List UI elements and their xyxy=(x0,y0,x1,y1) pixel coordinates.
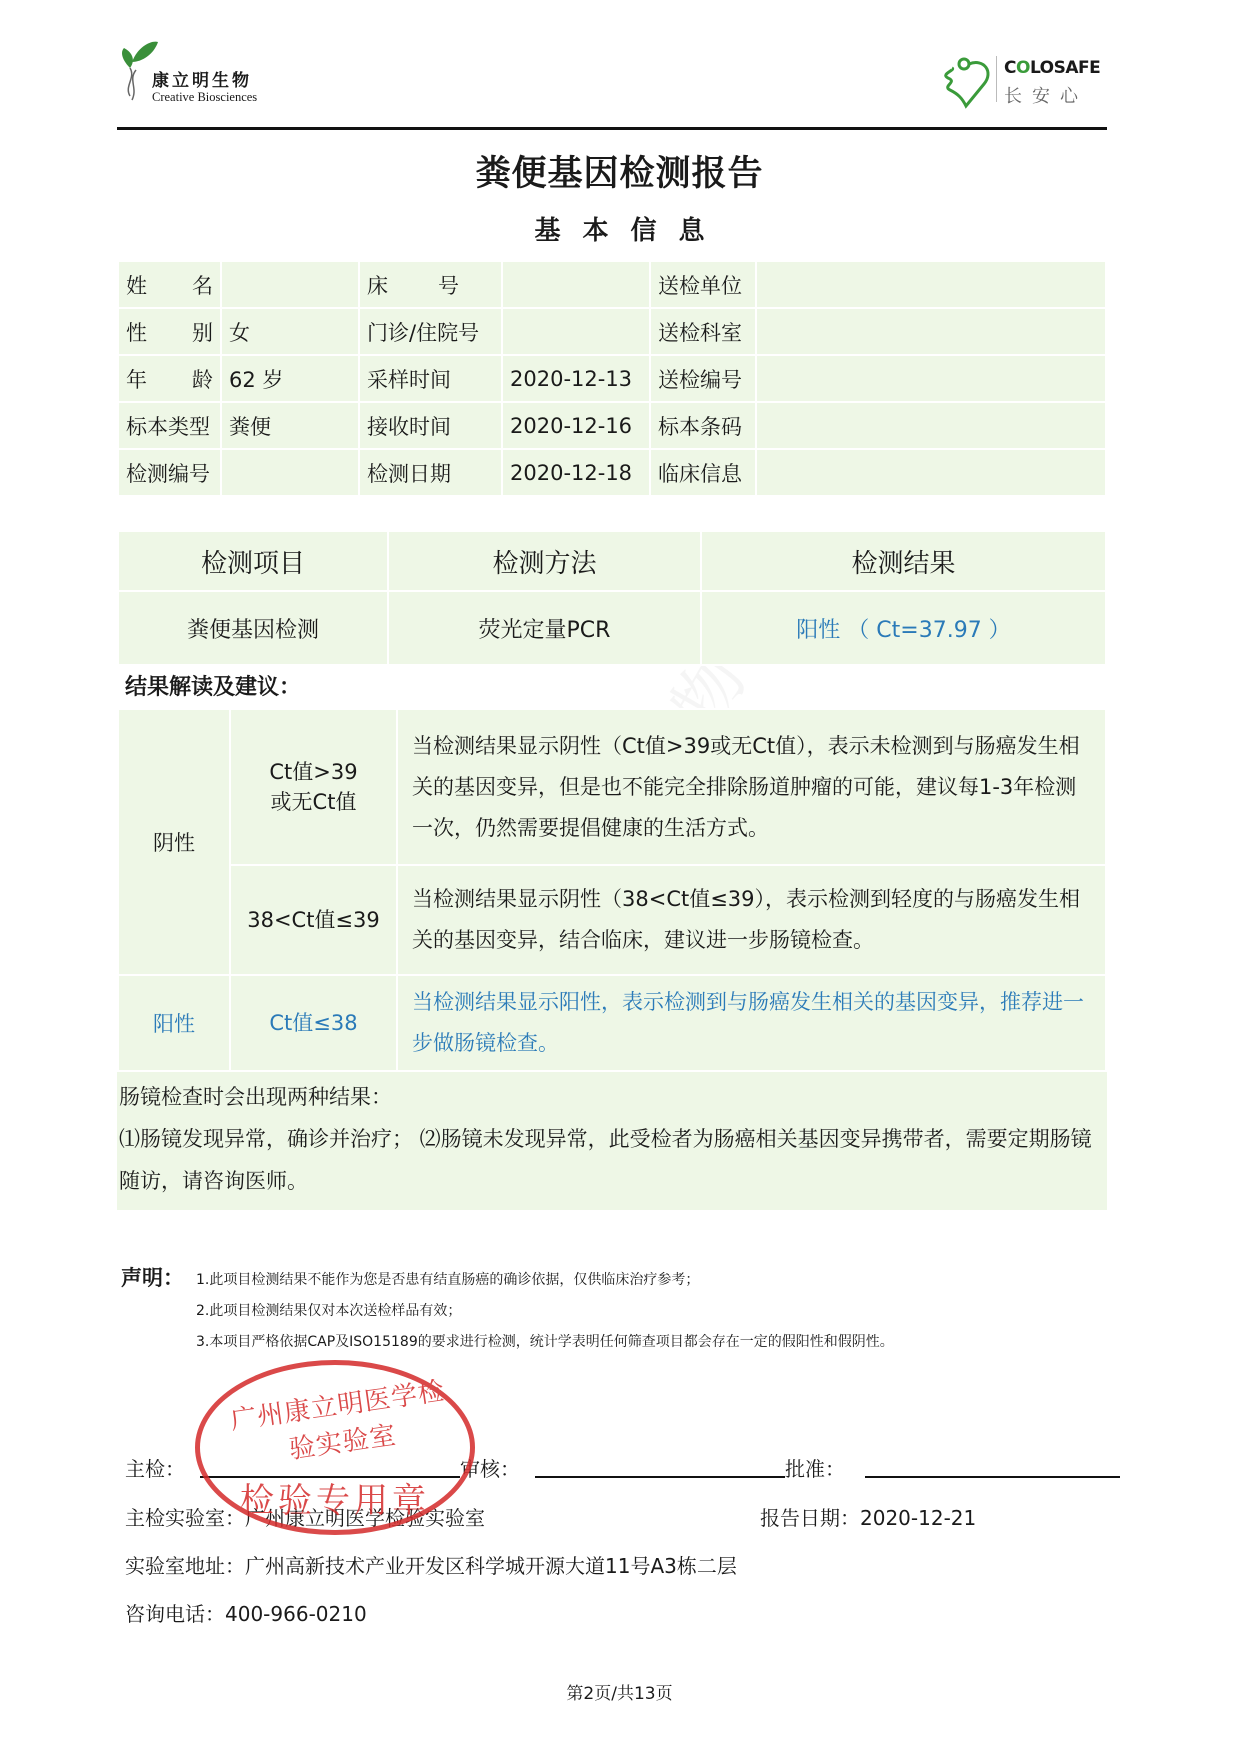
sample-barcode-value xyxy=(756,402,1106,449)
header-test-result: 检测结果 xyxy=(701,531,1106,591)
receive-time-label: 接收时间 xyxy=(359,402,502,449)
main-inspector-label: 主检： xyxy=(125,1453,185,1482)
receive-time-value: 2020-12-16 xyxy=(502,402,650,449)
interpretation-table: 阴性 Ct值>39 或无Ct值 当检测结果显示阴性（Ct值>39或无Ct值），表… xyxy=(117,708,1107,1072)
desc-ct-gt-39: 当检测结果显示阴性（Ct值>39或无Ct值），表示未检测到与肠癌发生相关的基因变… xyxy=(397,709,1106,865)
disclaimer-item-3: 3.本项目严格依据CAP及ISO15189的要求进行检测，统计学表明任何筛查项目… xyxy=(196,1331,894,1351)
negative-category: 阴性 xyxy=(118,709,230,975)
department-label: 送检科室 xyxy=(650,308,756,355)
interp-row-positive: 阳性 Ct值≤38 当检测结果显示阳性，表示检测到与肠癌发生相关的基因变异，推荐… xyxy=(118,975,1106,1071)
outpatient-number-label: 门诊/住院号 xyxy=(359,308,502,355)
report-date-line: 报告日期：2020-12-21 xyxy=(760,1502,976,1531)
disclaimer-item-2: 2.此项目检测结果仅对本次送检样品有效； xyxy=(196,1300,461,1320)
test-item-value: 粪便基因检测 xyxy=(118,591,388,665)
company-name-cn: 康立明生物 xyxy=(152,66,252,91)
result-row: 粪便基因检测 荧光定量PCR 阳性 （ Ct=37.97 ） xyxy=(118,591,1106,665)
info-row-name: 姓名 床号 送检单位 xyxy=(118,261,1106,308)
info-row-sample-type: 标本类型 粪便 接收时间 2020-12-16 标本条码 xyxy=(118,402,1106,449)
colonoscopy-text: ⑴肠镜发现异常，确诊并治疗； ⑵肠镜未发现异常，此受检者为肠癌相关基因变异携带者… xyxy=(119,1118,1105,1202)
colonoscopy-title: 肠镜检查时会出现两种结果： xyxy=(119,1076,1105,1118)
department-value xyxy=(756,308,1106,355)
report-title: 粪便基因检测报告 xyxy=(0,146,1239,196)
submission-number-value xyxy=(756,355,1106,402)
sampling-time-value: 2020-12-13 xyxy=(502,355,650,402)
section-title-basic-info: 基本信息 xyxy=(0,210,1239,247)
test-number-label: 检测编号 xyxy=(118,449,221,496)
range-ct-38-39: 38<Ct值≤39 xyxy=(230,865,397,975)
test-date-value: 2020-12-18 xyxy=(502,449,650,496)
result-header-row: 检测项目 检测方法 检测结果 xyxy=(118,531,1106,591)
info-row-gender: 性别 女 门诊/住院号 送检科室 xyxy=(118,308,1106,355)
age-value: 62 岁 xyxy=(221,355,359,402)
page-number: 第2页/共13页 xyxy=(0,1679,1239,1704)
submitting-unit-value xyxy=(756,261,1106,308)
test-method-value: 荧光定量PCR xyxy=(388,591,701,665)
sampling-time-label: 采样时间 xyxy=(359,355,502,402)
test-result-value: 阳性 （ Ct=37.97 ） xyxy=(701,591,1106,665)
clinical-info-value xyxy=(756,449,1106,496)
range-ct-le-38: Ct值≤38 xyxy=(230,975,397,1071)
test-result-table: 检测项目 检测方法 检测结果 粪便基因检测 荧光定量PCR 阳性 （ Ct=37… xyxy=(117,530,1107,666)
address-line: 实验室地址：广州高新技术产业开发区科学城开源大道11号A3栋二层 xyxy=(125,1550,737,1579)
disclaimer-label: 声明： xyxy=(121,1262,184,1292)
brand-name-en: COLOSAFE xyxy=(1004,58,1100,78)
creative-biosciences-logo: 康立明生物 Creative Biosciences xyxy=(118,38,308,108)
stamp-seal-text: 检验专用章 xyxy=(200,1473,470,1522)
outpatient-number-value xyxy=(502,308,650,355)
colosafe-logo: COLOSAFE 长安心 xyxy=(940,48,1100,112)
submitting-unit-label: 送检单位 xyxy=(650,261,756,308)
interp-row-negative-1: 阴性 Ct值>39 或无Ct值 当检测结果显示阴性（Ct值>39或无Ct值），表… xyxy=(118,709,1106,865)
interp-row-negative-2: 38<Ct值≤39 当检测结果显示阴性（38<Ct值≤39），表示检测到轻度的与… xyxy=(118,865,1106,975)
lab-seal-stamp: 广州康立明医学检验实验室 检验专用章 xyxy=(195,1360,475,1535)
basic-info-table: 姓名 床号 送检单位 性别 女 门诊/住院号 送检科室 年龄 62 岁 采样时间… xyxy=(117,260,1107,497)
address-value: 广州高新技术产业开发区科学城开源大道11号A3栋二层 xyxy=(245,1554,737,1578)
desc-ct-38-39: 当检测结果显示阴性（38<Ct值≤39），表示检测到轻度的与肠癌发生相关的基因变… xyxy=(397,865,1106,975)
gender-value: 女 xyxy=(221,308,359,355)
company-name-en: Creative Biosciences xyxy=(152,90,257,105)
approver-signature-line xyxy=(865,1476,1120,1478)
header-divider xyxy=(117,127,1107,130)
info-row-age: 年龄 62 岁 采样时间 2020-12-13 送检编号 xyxy=(118,355,1106,402)
info-row-test-number: 检测编号 检测日期 2020-12-18 临床信息 xyxy=(118,449,1106,496)
brand-name-cn: 长安心 xyxy=(1004,82,1088,108)
desc-ct-le-38: 当检测结果显示阳性，表示检测到与肠癌发生相关的基因变异，推荐进一步做肠镜检查。 xyxy=(397,975,1106,1071)
logo-divider xyxy=(996,56,997,102)
patient-name-value xyxy=(221,261,359,308)
reviewer-signature-line xyxy=(535,1476,785,1478)
sample-type-label: 标本类型 xyxy=(118,402,221,449)
interpretation-heading: 结果解读及建议： xyxy=(125,670,301,701)
report-date-value: 2020-12-21 xyxy=(860,1506,976,1530)
colon-heart-icon xyxy=(940,54,994,110)
colonoscopy-note: 肠镜检查时会出现两种结果： ⑴肠镜发现异常，确诊并治疗； ⑵肠镜未发现异常，此受… xyxy=(117,1072,1107,1210)
phone-line: 咨询电话：400-966-0210 xyxy=(125,1598,367,1627)
bed-number-value xyxy=(502,261,650,308)
approver-label: 批准： xyxy=(785,1453,845,1482)
disclaimer-item-1: 1.此项目检测结果不能作为您是否患有结直肠癌的确诊依据，仅供临床治疗参考； xyxy=(196,1269,699,1289)
sample-type-value: 粪便 xyxy=(221,402,359,449)
sample-barcode-label: 标本条码 xyxy=(650,402,756,449)
test-date-label: 检测日期 xyxy=(359,449,502,496)
positive-category: 阳性 xyxy=(118,975,230,1071)
range-ct-gt-39: Ct值>39 或无Ct值 xyxy=(230,709,397,865)
submission-number-label: 送检编号 xyxy=(650,355,756,402)
phone-value: 400-966-0210 xyxy=(225,1602,367,1626)
test-number-value xyxy=(221,449,359,496)
clinical-info-label: 临床信息 xyxy=(650,449,756,496)
stamp-arc-text: 广州康立明医学检验实验室 xyxy=(216,1369,464,1476)
header-test-method: 检测方法 xyxy=(388,531,701,591)
header-test-item: 检测项目 xyxy=(118,531,388,591)
